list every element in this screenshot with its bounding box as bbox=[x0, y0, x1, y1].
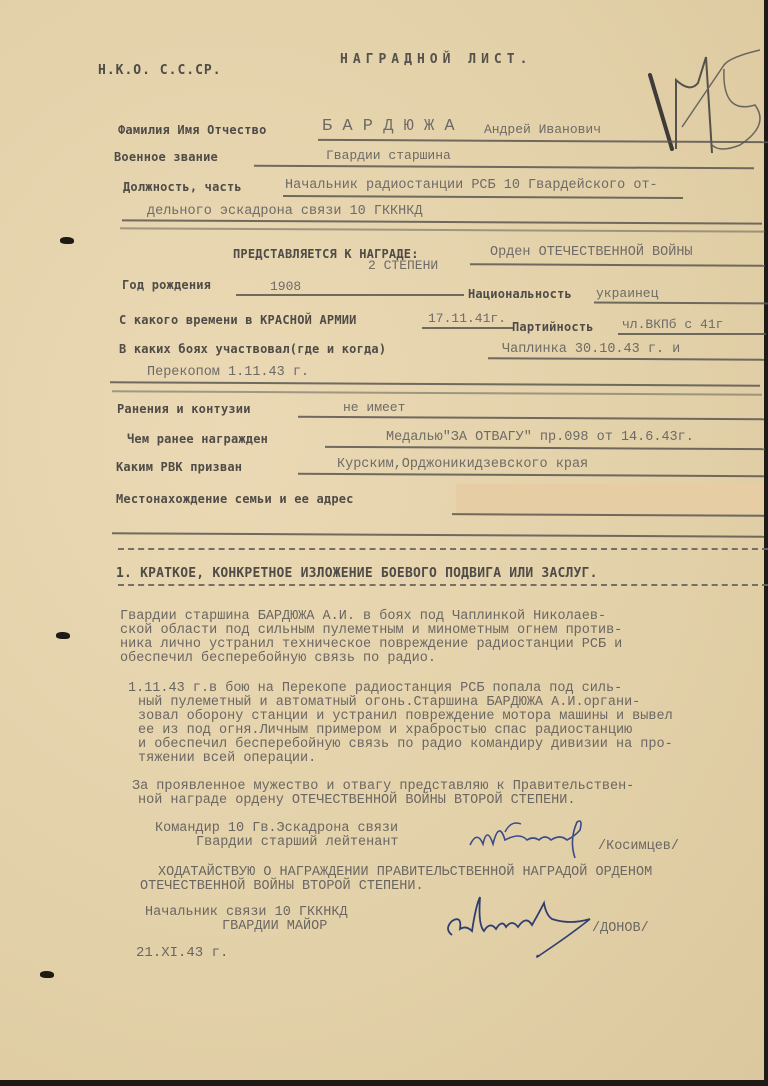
document-date: 21.XI.43 г. bbox=[136, 946, 228, 960]
party-label: Партийность bbox=[512, 320, 594, 334]
position-value-line2: дельного эскадрона связи 10 ГККНКД bbox=[147, 204, 422, 219]
petition-line2: ОТЕЧЕСТВЕННОЙ ВОЙНЫ ВТОРОЙ СТЕПЕНИ. bbox=[140, 880, 424, 894]
battles-value-line2: Перекопом 1.11.43 г. bbox=[147, 365, 309, 380]
document-title: НАГРАДНОЙ ЛИСТ. bbox=[340, 52, 532, 67]
battles-label: В каких боях участвовал(где и когда) bbox=[119, 342, 386, 356]
redacted-address bbox=[456, 484, 764, 514]
section-title: 1. КРАТКОЕ, КОНКРЕТНОЕ ИЗЛОЖЕНИЕ БОЕВОГО… bbox=[116, 566, 598, 581]
narrative-line: тяжении всей операции. bbox=[138, 752, 316, 766]
narrative-line: ее из под огня.Личным примером и храброс… bbox=[138, 724, 632, 738]
narrative-line: ный пулеметный и автоматный огонь.Старши… bbox=[138, 696, 640, 710]
conscripted-label: Каким РВК призван bbox=[116, 460, 242, 474]
narrative-line: зовал оборону станции и устранил поврежд… bbox=[138, 710, 673, 724]
surname-value: Б А Р Д Ю Ж А bbox=[322, 117, 455, 136]
award-degree: 2 СТЕПЕНИ bbox=[368, 258, 438, 273]
narrative-line: 1.11.43 г.в бою на Перекопе радиостанция… bbox=[128, 682, 622, 696]
narrative-line: ской области под сильным пулеметным и ми… bbox=[120, 624, 622, 638]
wounds-value: не имеет bbox=[343, 400, 405, 415]
conscripted-value: Курским,Орджоникидзевского края bbox=[337, 457, 588, 472]
chief-name: /ДОНОВ/ bbox=[592, 922, 649, 936]
army-since-value: 17.11.41г. bbox=[428, 311, 506, 326]
name-label: Фамилия Имя Отчество bbox=[118, 123, 267, 137]
wounds-label: Ранения и контузии bbox=[117, 402, 251, 416]
chief-title: Начальник связи 10 ГККНКД bbox=[145, 906, 348, 920]
birth-year-value: 1908 bbox=[270, 279, 301, 294]
chief-rank: ГВАРДИИ МАЙОР bbox=[222, 920, 327, 934]
family-address-label: Местонахождение семьи и ее адрес bbox=[116, 492, 354, 506]
prior-awards-value: Медалью"ЗА ОТВАГУ" пр.098 от 14.6.43г. bbox=[386, 430, 694, 445]
rank-value: Гвардии старшина bbox=[326, 148, 451, 163]
award-value: Орден ОТЕЧЕСТВЕННОЙ ВОЙНЫ bbox=[490, 245, 693, 260]
rank-label: Военное звание bbox=[114, 150, 218, 164]
prior-awards-label: Чем ранее награжден bbox=[127, 432, 268, 446]
narrative-line: Гвардии старшина БАРДЮЖА А.И. в боях под… bbox=[120, 610, 606, 624]
party-value: чл.ВКПб с 41г bbox=[622, 317, 723, 332]
position-label: Должность, часть bbox=[123, 180, 242, 194]
narrative-line: обеспечил бесперебойную связь по радио. bbox=[120, 652, 436, 666]
narrative-line: За проявленное мужество и отвагу предста… bbox=[132, 780, 634, 794]
org-header: Н.К.О. С.С.СР. bbox=[98, 63, 222, 78]
commander-signature bbox=[465, 810, 605, 860]
punch-hole bbox=[60, 237, 74, 244]
chief-signature bbox=[440, 885, 600, 960]
nationality-label: Национальность bbox=[468, 287, 572, 301]
narrative-line: и обеспечил бесперебойную связь по радио… bbox=[138, 738, 673, 752]
commander-name: /Косимцев/ bbox=[598, 840, 679, 854]
commander-rank: Гвардии старший лейтенант bbox=[196, 836, 399, 850]
battles-value-line1: Чаплинка 30.10.43 г. и bbox=[502, 342, 680, 357]
position-value-line1: Начальник радиостанции РСБ 10 Гвардейско… bbox=[285, 178, 658, 193]
given-name-value: Андрей Иванович bbox=[484, 122, 601, 137]
commander-title: Командир 10 Гв.Эскадрона связи bbox=[155, 822, 398, 836]
punch-hole bbox=[40, 971, 54, 978]
punch-hole bbox=[56, 632, 70, 639]
award-sheet-page: Н.К.О. С.С.СР. НАГРАДНОЙ ЛИСТ. Фамилия И… bbox=[0, 0, 764, 1080]
narrative-line: ника лично устранил техническое поврежде… bbox=[120, 638, 622, 652]
army-since-label: С какого времени в КРАСНОЙ АРМИИ bbox=[119, 313, 357, 327]
petition-line1: ХОДАТАЙСТВУЮ О НАГРАЖДЕНИИ ПРАВИТЕЛЬСТВЕ… bbox=[158, 866, 652, 880]
nationality-value: украинец bbox=[596, 286, 658, 301]
birth-year-label: Год рождения bbox=[122, 278, 211, 292]
narrative-line: ной награде ордену ОТЕЧЕСТВЕННОЙ ВОЙНЫ В… bbox=[138, 794, 575, 808]
archive-number-mark bbox=[640, 45, 768, 155]
